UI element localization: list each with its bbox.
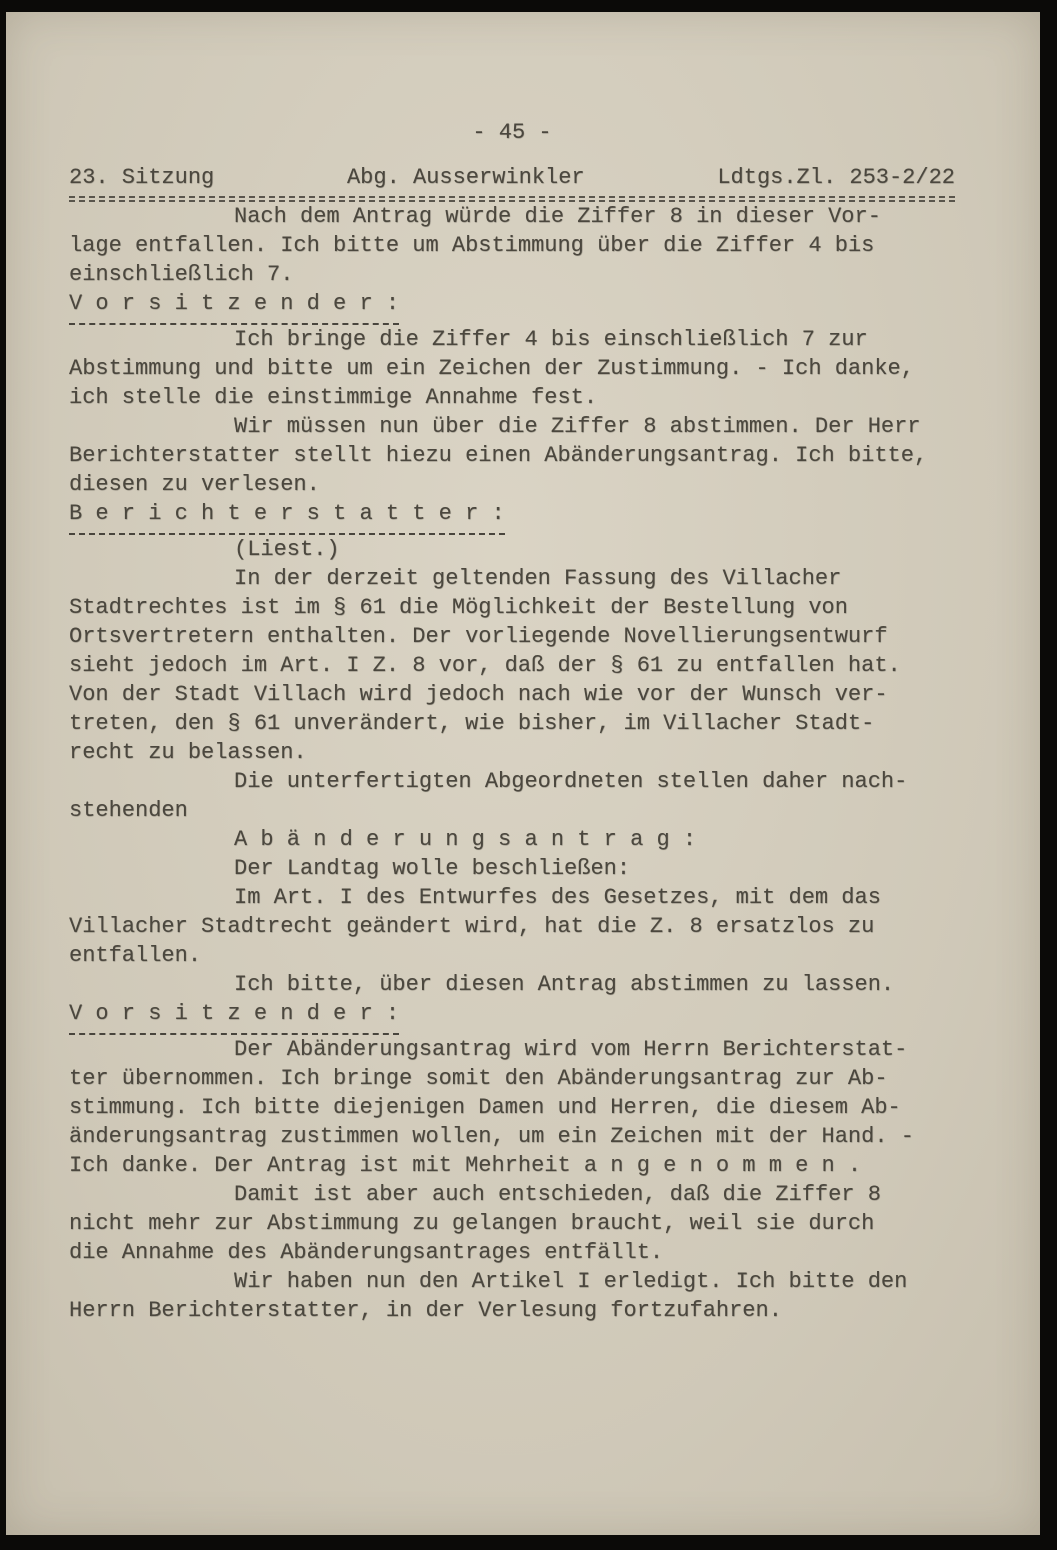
paragraph: Ich bringe die Ziffer 4 bis einschließli…	[69, 325, 955, 412]
speaker-heading-vorsitzender: V o r s i t z e n d e r :	[69, 999, 955, 1035]
header-reference-number: Ldtgs.Zl. 253-2/22	[717, 163, 955, 192]
speaker-heading-vorsitzender: V o r s i t z e n d e r :	[69, 289, 955, 325]
motion-title: A b ä n d e r u n g s a n t r a g :	[69, 825, 955, 854]
speech-berichterstatter: B e r i c h t e r s t a t t e r : (Liest…	[69, 499, 955, 999]
speech-vorsitzender-2: V o r s i t z e n d e r : Der Abänderung…	[69, 999, 955, 1325]
paragraph: Ich bitte, über diesen Antrag abstimmen …	[69, 970, 955, 999]
speaker-heading-berichterstatter: B e r i c h t e r s t a t t e r :	[69, 499, 955, 535]
intro-paragraph: Nach dem Antrag würde die Ziffer 8 in di…	[69, 202, 955, 289]
paragraph: Im Art. I des Entwurfes des Gesetzes, mi…	[69, 883, 955, 970]
paragraph: Wir haben nun den Artikel I erledigt. Ic…	[69, 1267, 955, 1325]
scanned-page: - 45 - 23. Sitzung Abg. Ausserwinkler Ld…	[6, 12, 1040, 1535]
page-content: - 45 - 23. Sitzung Abg. Ausserwinkler Ld…	[69, 12, 955, 1325]
paragraph: Die unterfertigten Abgeordneten stellen …	[69, 767, 955, 825]
stage-direction: (Liest.)	[69, 535, 955, 564]
paragraph: Damit ist aber auch entschieden, daß die…	[69, 1180, 955, 1267]
paragraph: In der derzeit geltenden Fassung des Vil…	[69, 564, 955, 767]
page-number: - 45 -	[69, 118, 955, 147]
motion-intro: Der Landtag wolle beschließen:	[69, 854, 955, 883]
paragraph: Der Abänderungsantrag wird vom Herrn Ber…	[69, 1035, 955, 1180]
paragraph: Wir müssen nun über die Ziffer 8 abstimm…	[69, 412, 955, 499]
header-speaker-name: Abg. Ausserwinkler	[347, 163, 585, 192]
speech-vorsitzender-1: V o r s i t z e n d e r : Ich bringe die…	[69, 289, 955, 499]
header-session-number: 23. Sitzung	[69, 163, 214, 192]
page-header: 23. Sitzung Abg. Ausserwinkler Ldtgs.Zl.…	[69, 163, 955, 192]
header-divider-rule	[69, 196, 955, 202]
